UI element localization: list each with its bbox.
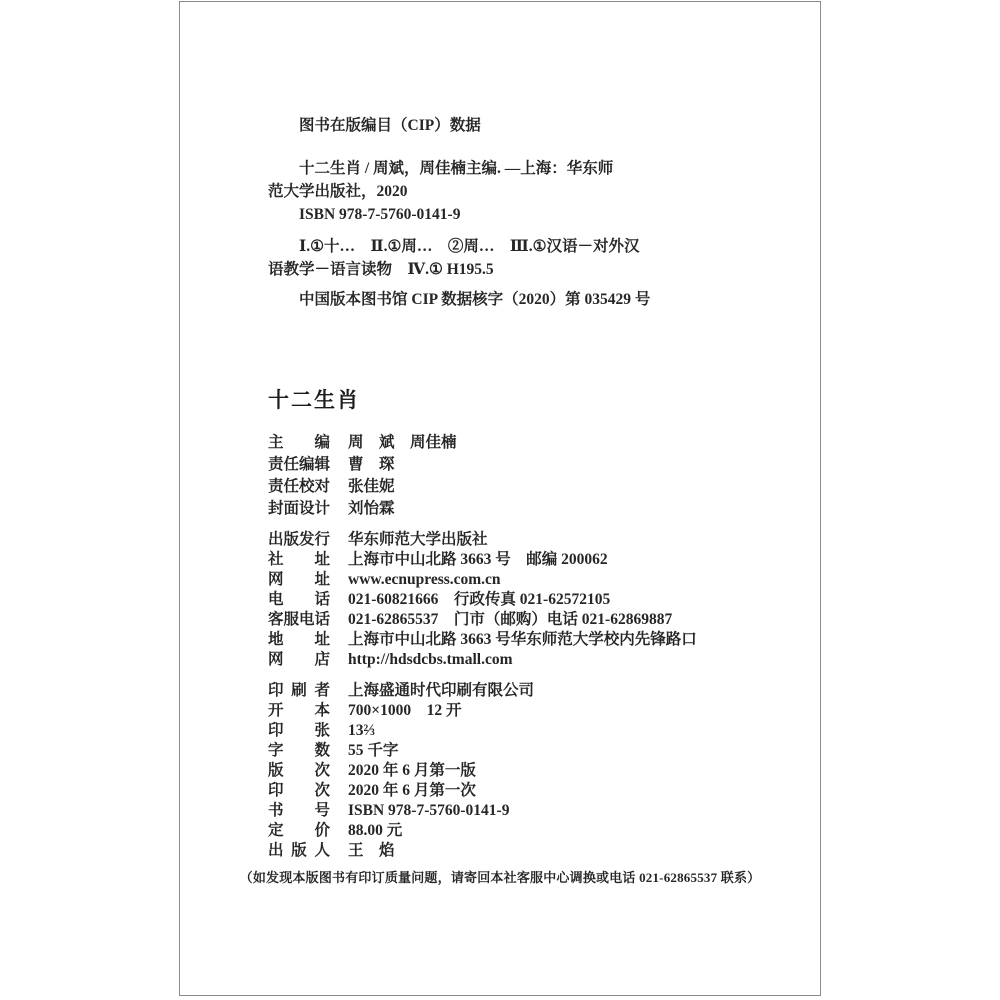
printing-row: 印刷者上海盛通时代印刷有限公司 xyxy=(268,681,820,701)
printing-value: 上海盛通时代印刷有限公司 xyxy=(348,682,534,699)
cip-classification-line: Ⅰ.①十… Ⅱ.①周… ②周… Ⅲ.①汉语－对外汉 xyxy=(268,235,800,258)
printing-value: 王 焰 xyxy=(348,842,395,859)
cip-entry-line: 范大学出版社，2020 xyxy=(268,180,800,203)
printing-section: 印刷者上海盛通时代印刷有限公司 开本700×1000 12 开 印张13⅔ 字数… xyxy=(268,681,820,861)
printing-label: 书号 xyxy=(268,801,330,821)
publisher-label: 地址 xyxy=(268,630,330,650)
publisher-row: 地址上海市中山北路 3663 号华东师范大学校内先锋路口 xyxy=(268,630,820,650)
publisher-row: 社址上海市中山北路 3663 号 邮编 200062 xyxy=(268,550,820,570)
cip-record-number: 中国版本图书馆 CIP 数据核字（2020）第 035429 号 xyxy=(268,288,800,311)
publisher-label: 社址 xyxy=(268,550,330,570)
publisher-row: 电话021-60821666 行政传真 021-62572105 xyxy=(268,590,820,610)
cip-classification-paragraph: Ⅰ.①十… Ⅱ.①周… ②周… Ⅲ.①汉语－对外汉 语教学－语言读物 Ⅳ.① H… xyxy=(268,235,800,281)
cip-isbn-line: ISBN 978-7-5760-0141-9 xyxy=(268,203,800,226)
publisher-label: 网店 xyxy=(268,650,330,670)
publisher-label: 客服电话 xyxy=(268,610,330,630)
publisher-url: www.ecnupress.com.cn xyxy=(348,571,501,588)
printing-row: 开本700×1000 12 开 xyxy=(268,701,820,721)
printing-value: 55 千字 xyxy=(348,742,398,759)
publisher-row: 网店http://hdsdcbs.tmall.com xyxy=(268,650,820,670)
printing-row: 版次2020 年 6 月第一版 xyxy=(268,761,820,781)
printing-label: 开本 xyxy=(268,701,330,721)
printing-isbn: ISBN 978-7-5760-0141-9 xyxy=(348,802,509,819)
credit-row: 封面设计刘怡霖 xyxy=(268,498,820,520)
printing-label: 字数 xyxy=(268,741,330,761)
printing-label: 印刷者 xyxy=(268,681,330,701)
printing-label: 出版人 xyxy=(268,841,330,861)
book-colophon-page: 图书在版编目（CIP）数据 十二生肖 / 周斌，周佳楠主编. —上海：华东师 范… xyxy=(179,1,821,996)
publisher-row: 出版发行华东师范大学出版社 xyxy=(268,530,820,550)
publisher-label: 电话 xyxy=(268,590,330,610)
printing-row: 书号ISBN 978-7-5760-0141-9 xyxy=(268,801,820,821)
publisher-row: 网址www.ecnupress.com.cn xyxy=(268,570,820,590)
credit-row: 主编周 斌 周佳楠 xyxy=(268,432,820,454)
credit-value: 张佳妮 xyxy=(348,478,395,495)
cip-entry-paragraph: 十二生肖 / 周斌，周佳楠主编. —上海：华东师 范大学出版社，2020 ISB… xyxy=(268,157,800,226)
credits-section: 主编周 斌 周佳楠 责任编辑曹 琛 责任校对张佳妮 封面设计刘怡霖 xyxy=(268,432,820,520)
cip-classification-line: 语教学－语言读物 Ⅳ.① H195.5 xyxy=(268,258,800,281)
publisher-value: 华东师范大学出版社 xyxy=(348,531,488,548)
printing-value: 13⅔ xyxy=(348,722,375,739)
credit-label: 责任校对 xyxy=(268,476,330,498)
cip-header: 图书在版编目（CIP）数据 xyxy=(268,114,800,137)
printing-label: 印张 xyxy=(268,721,330,741)
credit-value: 刘怡霖 xyxy=(348,500,395,517)
printing-row: 印张13⅔ xyxy=(268,721,820,741)
printing-value: 700×1000 12 开 xyxy=(348,702,461,719)
credit-row: 责任编辑曹 琛 xyxy=(268,454,820,476)
book-title: 十二生肖 xyxy=(268,388,820,412)
printing-row: 出版人王 焰 xyxy=(268,841,820,861)
printing-value: 2020 年 6 月第一版 xyxy=(348,762,476,779)
printing-label: 版次 xyxy=(268,761,330,781)
publisher-value: 上海市中山北路 3663 号华东师范大学校内先锋路口 xyxy=(348,631,697,648)
publisher-row: 客服电话021-62865537 门市（邮购）电话 021-62869887 xyxy=(268,610,820,630)
cip-data-section: 图书在版编目（CIP）数据 十二生肖 / 周斌，周佳楠主编. —上海：华东师 范… xyxy=(268,114,800,311)
credit-row: 责任校对张佳妮 xyxy=(268,476,820,498)
printing-row: 印次2020 年 6 月第一次 xyxy=(268,781,820,801)
printing-row: 定价88.00 元 xyxy=(268,821,820,841)
publisher-value: 上海市中山北路 3663 号 邮编 200062 xyxy=(348,551,608,568)
publisher-value: 021-62865537 门市（邮购）电话 021-62869887 xyxy=(348,611,672,628)
publisher-section: 出版发行华东师范大学出版社 社址上海市中山北路 3663 号 邮编 200062… xyxy=(268,530,820,670)
printing-price: 88.00 元 xyxy=(348,822,402,839)
cip-entry-line: 十二生肖 / 周斌，周佳楠主编. —上海：华东师 xyxy=(268,157,800,180)
printing-label: 定价 xyxy=(268,821,330,841)
printing-label: 印次 xyxy=(268,781,330,801)
publisher-label: 网址 xyxy=(268,570,330,590)
printing-value: 2020 年 6 月第一次 xyxy=(348,782,476,799)
printing-row: 字数55 千字 xyxy=(268,741,820,761)
publisher-shop-url: http://hdsdcbs.tmall.com xyxy=(348,651,513,668)
credit-label: 责任编辑 xyxy=(268,454,330,476)
credit-value: 曹 琛 xyxy=(348,456,395,473)
credit-label: 主编 xyxy=(268,432,330,454)
publisher-label: 出版发行 xyxy=(268,530,330,550)
quality-notice: （如发现本版图书有印订质量问题，请寄回本社客服中心调换或电话 021-62865… xyxy=(180,867,820,886)
credit-value: 周 斌 周佳楠 xyxy=(348,434,457,451)
publisher-value: 021-60821666 行政传真 021-62572105 xyxy=(348,591,610,608)
credit-label: 封面设计 xyxy=(268,498,330,520)
